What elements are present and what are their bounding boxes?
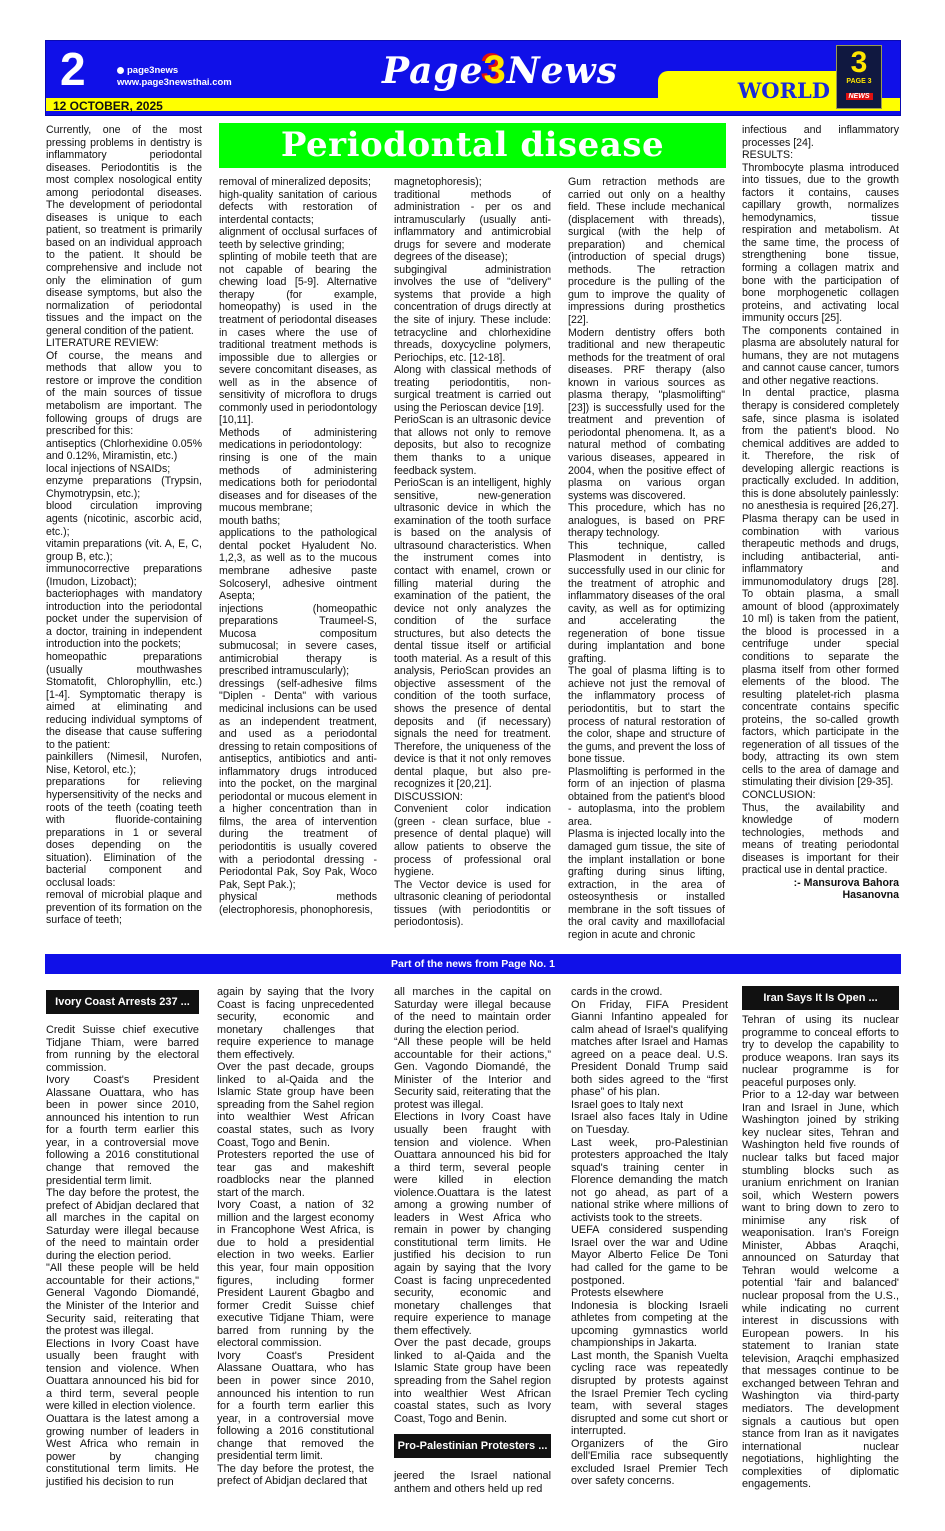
section-heading: CONCLUSION: <box>742 789 899 802</box>
paragraph: Ivory Coast, a nation of 32 million and … <box>217 1199 374 1350</box>
kicker-pro-palestinian[interactable]: Pro-Palestinian Protesters ... <box>394 1434 551 1458</box>
paragraph: enzyme preparations (Trypsin, Chymotryps… <box>46 475 202 500</box>
paragraph: The day before the protest, the prefect … <box>217 1463 374 1488</box>
paragraph: homeopathic preparations (usually mouthw… <box>46 651 202 751</box>
issue-date: 12 OCTOBER, 2025 <box>53 100 163 113</box>
paragraph: In dental practice, plasma therapy is co… <box>742 387 899 512</box>
paragraph: mouth baths; <box>219 515 377 528</box>
newspaper-logo: Page3News <box>382 44 618 97</box>
badge-digit: 3 <box>837 48 881 78</box>
article-column-2: removal of mineralized deposits; high-qu… <box>219 176 377 916</box>
ivory-coast-column-1: Ivory Coast Arrests 237 ... Credit Suiss… <box>46 990 199 1488</box>
badge-page: PAGE 3 <box>837 78 881 85</box>
paragraph: again by saying that the Ivory Coast is … <box>217 986 374 1061</box>
paragraph: Indonesia is blocking Israeli athletes f… <box>571 1300 728 1350</box>
paragraph: removal of microbial plaque and preventi… <box>46 889 202 927</box>
paragraph: removal of mineralized deposits; <box>219 176 377 189</box>
paragraph: immunocorrective preparations (Imudon, L… <box>46 563 202 588</box>
facebook-icon <box>117 67 124 74</box>
paragraph: preparations for relieving hypersensitiv… <box>46 776 202 889</box>
paragraph: Methods of administering medications in … <box>219 427 377 452</box>
paragraph: Organizers of the Giro dell'Emilia race … <box>571 1438 728 1488</box>
subheading: Israel goes to Italy next <box>571 1099 728 1112</box>
paragraph: injections (homeopathic preparations Tra… <box>219 603 377 678</box>
section-label: WORLD <box>738 78 830 103</box>
continued-from-bar: Part of the news from Page No. 1 <box>45 954 901 974</box>
paragraph: “All these people will be held accountab… <box>394 1036 551 1111</box>
paragraph: This procedure, which has no analogues, … <box>568 502 725 540</box>
section-heading: LITERATURE REVIEW: <box>46 337 202 350</box>
iran-column: Iran Says It Is Open ... Tehran of using… <box>742 986 899 1491</box>
paragraph: antiseptics (Chlorhexidine 0.05% and 0.1… <box>46 438 202 463</box>
paragraph: high-quality sanitation of carious defec… <box>219 189 377 227</box>
article-headline: Periodontal disease <box>219 123 726 168</box>
paragraph: Israel also faces Italy in Udine on Tues… <box>571 1111 728 1136</box>
paragraph: The Vector device is used for ultrasonic… <box>394 879 551 929</box>
paragraph: Plasma is injected locally into the dama… <box>568 828 725 941</box>
section-heading: RESULTS: <box>742 149 899 162</box>
social-block: page3news www.page3newsthai.com <box>117 65 232 89</box>
badge-news: NEWS <box>846 93 873 100</box>
website-link[interactable]: www.page3newsthai.com <box>117 77 232 89</box>
logo-news: News <box>507 50 618 92</box>
author-byline: :- Mansurova Bahora <box>742 877 899 890</box>
paragraph: On Friday, FIFA President Gianni Infanti… <box>571 999 728 1099</box>
ivory-coast-column-2: again by saying that the Ivory Coast is … <box>217 986 374 1488</box>
paragraph: Elections in Ivory Coast have usually be… <box>394 1111 551 1337</box>
paragraph: applications to the pathological dental … <box>219 527 377 602</box>
paragraph: UEFA considered suspending Israel over t… <box>571 1224 728 1287</box>
paragraph: blood circulation improving agents (nico… <box>46 500 202 538</box>
paragraph: physical methods (electrophoresis, phono… <box>219 891 377 916</box>
pro-palestinian-column: cards in the crowd. On Friday, FIFA Pres… <box>571 986 728 1488</box>
paragraph: The components contained in plasma are a… <box>742 325 899 388</box>
section-heading: DISCUSSION: <box>394 791 551 804</box>
paragraph: Protesters reported the use of tear gas … <box>217 1149 374 1199</box>
paragraph: magnetophoresis); <box>394 176 551 189</box>
subheading: Protests elsewhere <box>571 1287 728 1300</box>
masthead: 2 page3news www.page3newsthai.com 12 OCT… <box>45 40 901 116</box>
paragraph: Currently, one of the most pressing prob… <box>46 124 202 337</box>
paragraph: Plasma therapy can be used in combinatio… <box>742 513 899 789</box>
paragraph: The goal of plasma lifting is to achieve… <box>568 665 725 765</box>
section-tab: WORLD <box>658 71 838 111</box>
paragraph: infectious and inflammatory processes [2… <box>742 124 899 149</box>
paragraph: local injections of NSAIDs; <box>46 463 202 476</box>
paragraph: traditional methods of administration - … <box>394 189 551 264</box>
paragraph: Gum retraction methods are carried out o… <box>568 176 725 327</box>
paragraph: Last week, pro-Palestinian protesters ap… <box>571 1137 728 1225</box>
paragraph: "All these people will be held accountab… <box>46 1262 199 1337</box>
article-column-3: magnetophoresis); traditional methods of… <box>394 176 551 929</box>
kicker-iran[interactable]: Iran Says It Is Open ... <box>742 986 899 1010</box>
paragraph: Prior to a 12-day war between Iran and I… <box>742 1089 899 1491</box>
paragraph: The day before the protest, the prefect … <box>46 1187 199 1262</box>
paragraph: Last month, the Spanish Vuelta cycling r… <box>571 1350 728 1438</box>
paragraph: Ivory Coast's President Alassane Ouattar… <box>46 1074 199 1187</box>
article-column-4: Gum retraction methods are carried out o… <box>568 176 725 941</box>
paragraph: all marches in the capital on Saturday w… <box>394 986 551 1036</box>
paragraph: alignment of occlusal surfaces of teeth … <box>219 226 377 251</box>
paragraph: PerioScan is an intelligent, highly sens… <box>394 477 551 791</box>
paragraph: dressings (self-adhesive films "Diplen -… <box>219 678 377 891</box>
paragraph: bacteriophages with mandatory introducti… <box>46 588 202 651</box>
ivory-coast-column-3: all marches in the capital on Saturday w… <box>394 986 551 1495</box>
masthead-bottom-rule <box>46 111 900 115</box>
social-handle: page3news <box>127 65 178 76</box>
paragraph: painkillers (Nimesil, Nurofen, Nise, Ket… <box>46 751 202 776</box>
paragraph: vitamin preparations (vit. A, E, C, grou… <box>46 538 202 563</box>
page3-badge-icon: 3 PAGE 3 NEWS <box>836 45 882 109</box>
article-column-1: Currently, one of the most pressing prob… <box>46 124 202 927</box>
author-byline-surname: Hasanovna <box>742 889 899 902</box>
paragraph: PerioScan is an ultrasonic device that a… <box>394 414 551 477</box>
paragraph: Over the past decade, groups linked to a… <box>394 1337 551 1425</box>
paragraph: Ouattara is the latest among a growing n… <box>46 1413 199 1488</box>
logo-digit: 3 <box>484 48 507 92</box>
page-number: 2 <box>60 43 86 95</box>
paragraph: Tehran of using its nuclear programme to… <box>742 1014 899 1089</box>
paragraph: Convenient color indication (green - cle… <box>394 803 551 878</box>
paragraph: Along with classical methods of treating… <box>394 364 551 414</box>
paragraph: Elections in Ivory Coast have usually be… <box>46 1338 199 1413</box>
paragraph: Ivory Coast's President Alassane Ouattar… <box>217 1350 374 1463</box>
paragraph: rinsing is one of the main methods of ad… <box>219 452 377 515</box>
paragraph: Plasmolifting is performed in the form o… <box>568 766 725 829</box>
kicker-ivory-coast[interactable]: Ivory Coast Arrests 237 ... <box>46 990 199 1014</box>
paragraph: jeered the Israel national anthem and ot… <box>394 1470 551 1495</box>
paragraph: splinting of mobile teeth that are not c… <box>219 251 377 427</box>
paragraph: Thrombocyte plasma introduced into tissu… <box>742 162 899 325</box>
paragraph: This technique, called Plasmodent in den… <box>568 540 725 665</box>
paragraph: Of course, the means and methods that al… <box>46 350 202 438</box>
logo-page: Page <box>382 50 484 92</box>
paragraph: Over the past decade, groups linked to a… <box>217 1061 374 1149</box>
paragraph: Thus, the availability and knowledge of … <box>742 802 899 877</box>
article-column-5: infectious and inflammatory processes [2… <box>742 124 899 902</box>
paragraph: subgingival administration involves the … <box>394 264 551 364</box>
paragraph: Modern dentistry offers both traditional… <box>568 327 725 503</box>
paragraph: cards in the crowd. <box>571 986 728 999</box>
paragraph: Credit Suisse chief executive Tidjane Th… <box>46 1024 199 1074</box>
